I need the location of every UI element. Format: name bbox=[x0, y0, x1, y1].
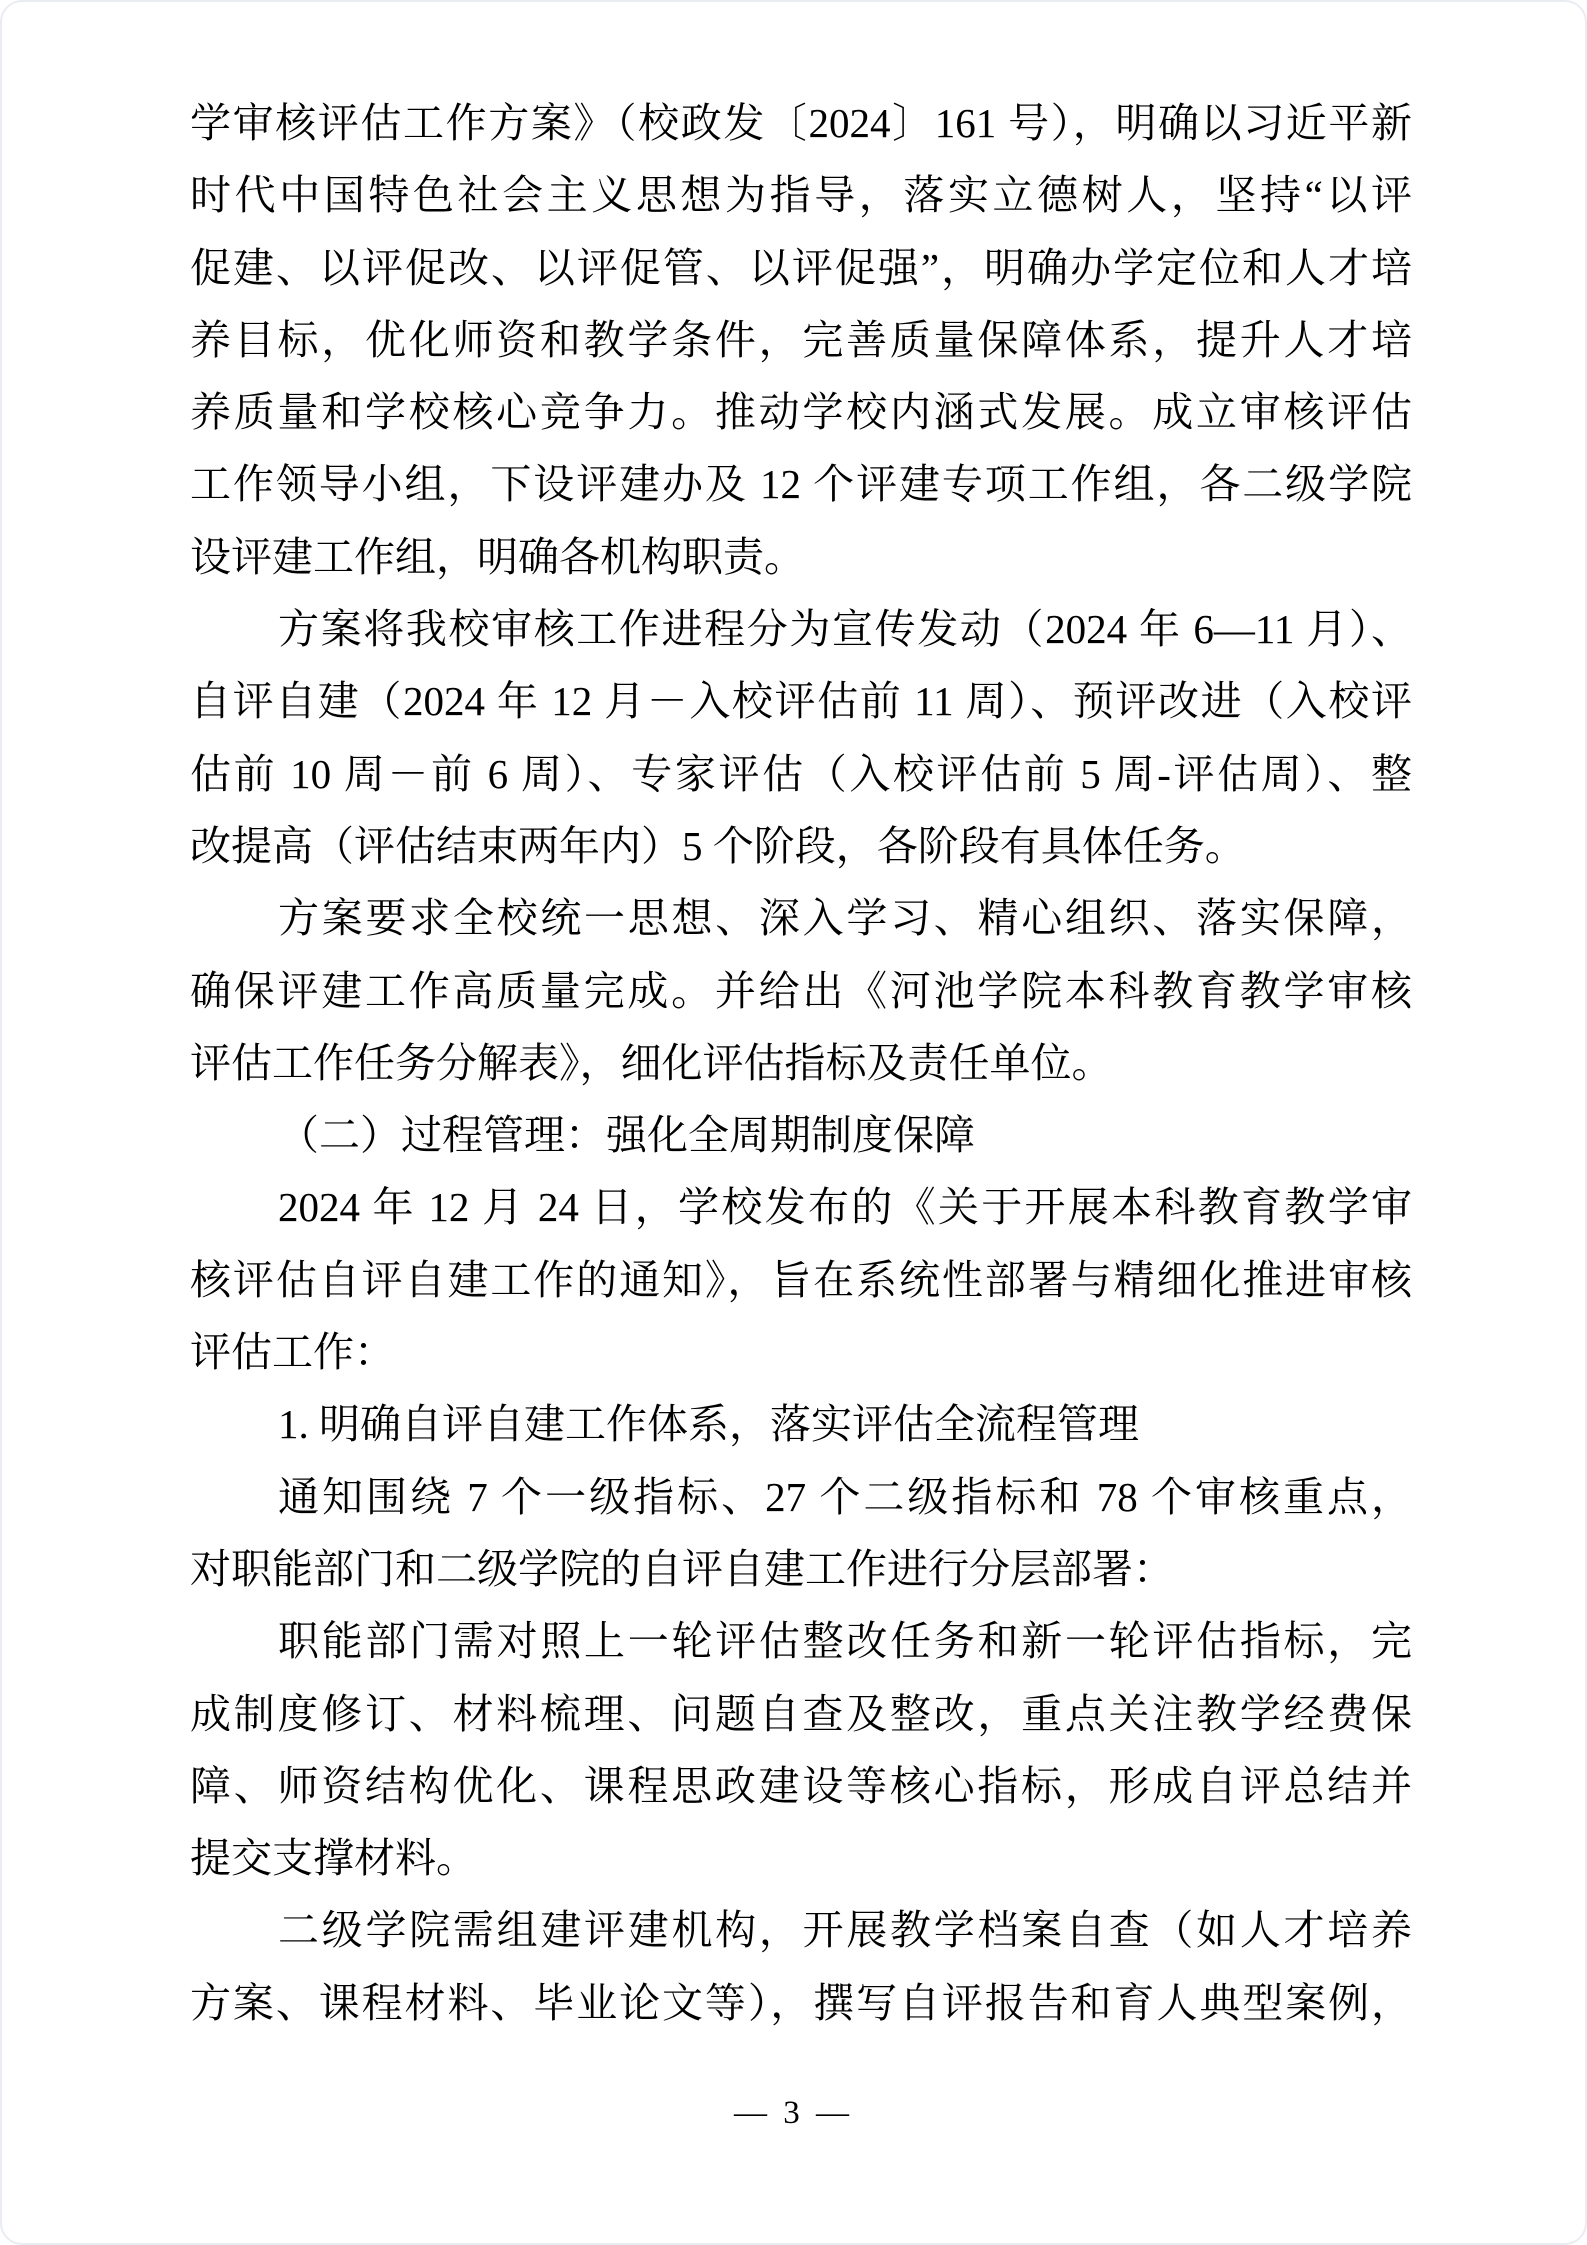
text-line: 养目标，优化师资和教学条件，完善质量保障体系，提升人才培 bbox=[190, 304, 1412, 376]
text-line: 学审核评估工作方案》（校政发〔2024〕161 号），明确以习近平新 bbox=[190, 87, 1412, 159]
text-line: 评估工作： bbox=[190, 1316, 1412, 1388]
page-number: — 3 — bbox=[2, 2090, 1585, 2136]
text-line: 改提高（评估结束两年内）5 个阶段，各阶段有具体任务。 bbox=[190, 810, 1412, 882]
text-line: 职能部门需对照上一轮评估整改任务和新一轮评估指标，完 bbox=[190, 1605, 1412, 1677]
text-line: 成制度修订、材料梳理、问题自查及整改，重点关注教学经费保 bbox=[190, 1678, 1412, 1750]
text-line: 方案、课程材料、毕业论文等），撰写自评报告和育人典型案例， bbox=[190, 1967, 1412, 2039]
text-line: 确保评建工作高质量完成。并给出《河池学院本科教育教学审核 bbox=[190, 955, 1412, 1027]
text-line: 1. 明确自评自建工作体系，落实评估全流程管理 bbox=[190, 1388, 1412, 1460]
document-body: 学审核评估工作方案》（校政发〔2024〕161 号），明确以习近平新时代中国特色… bbox=[190, 87, 1412, 2039]
text-line: 评估工作任务分解表》，细化评估指标及责任单位。 bbox=[190, 1027, 1412, 1099]
text-line: 养质量和学校核心竞争力。推动学校内涵式发展。成立审核评估 bbox=[190, 376, 1412, 448]
text-line: 估前 10 周－前 6 周）、专家评估（入校评估前 5 周-评估周）、整 bbox=[190, 738, 1412, 810]
text-line: 2024 年 12 月 24 日，学校发布的《关于开展本科教育教学审 bbox=[190, 1171, 1412, 1243]
document-page: 学审核评估工作方案》（校政发〔2024〕161 号），明确以习近平新时代中国特色… bbox=[0, 0, 1587, 2245]
text-line: 对职能部门和二级学院的自评自建工作进行分层部署： bbox=[190, 1533, 1412, 1605]
text-line: 工作领导小组，下设评建办及 12 个评建专项工作组，各二级学院 bbox=[190, 448, 1412, 520]
text-line: 提交支撑材料。 bbox=[190, 1822, 1412, 1894]
text-line: 自评自建（2024 年 12 月－入校评估前 11 周）、预评改进（入校评 bbox=[190, 665, 1412, 737]
text-line: （二）过程管理：强化全周期制度保障 bbox=[190, 1099, 1412, 1171]
text-line: 促建、以评促改、以评促管、以评促强”，明确办学定位和人才培 bbox=[190, 232, 1412, 304]
text-line: 方案将我校审核工作进程分为宣传发动（2024 年 6—11 月）、 bbox=[190, 593, 1412, 665]
text-line: 核评估自评自建工作的通知》，旨在系统性部署与精细化推进审核 bbox=[190, 1244, 1412, 1316]
text-line: 设评建工作组，明确各机构职责。 bbox=[190, 521, 1412, 593]
text-line: 通知围绕 7 个一级指标、27 个二级指标和 78 个审核重点， bbox=[190, 1461, 1412, 1533]
text-line: 时代中国特色社会主义思想为指导，落实立德树人，坚持“以评 bbox=[190, 159, 1412, 231]
text-line: 障、师资结构优化、课程思政建设等核心指标，形成自评总结并 bbox=[190, 1750, 1412, 1822]
text-line: 方案要求全校统一思想、深入学习、精心组织、落实保障， bbox=[190, 882, 1412, 954]
text-line: 二级学院需组建评建机构，开展教学档案自查（如人才培养 bbox=[190, 1894, 1412, 1966]
